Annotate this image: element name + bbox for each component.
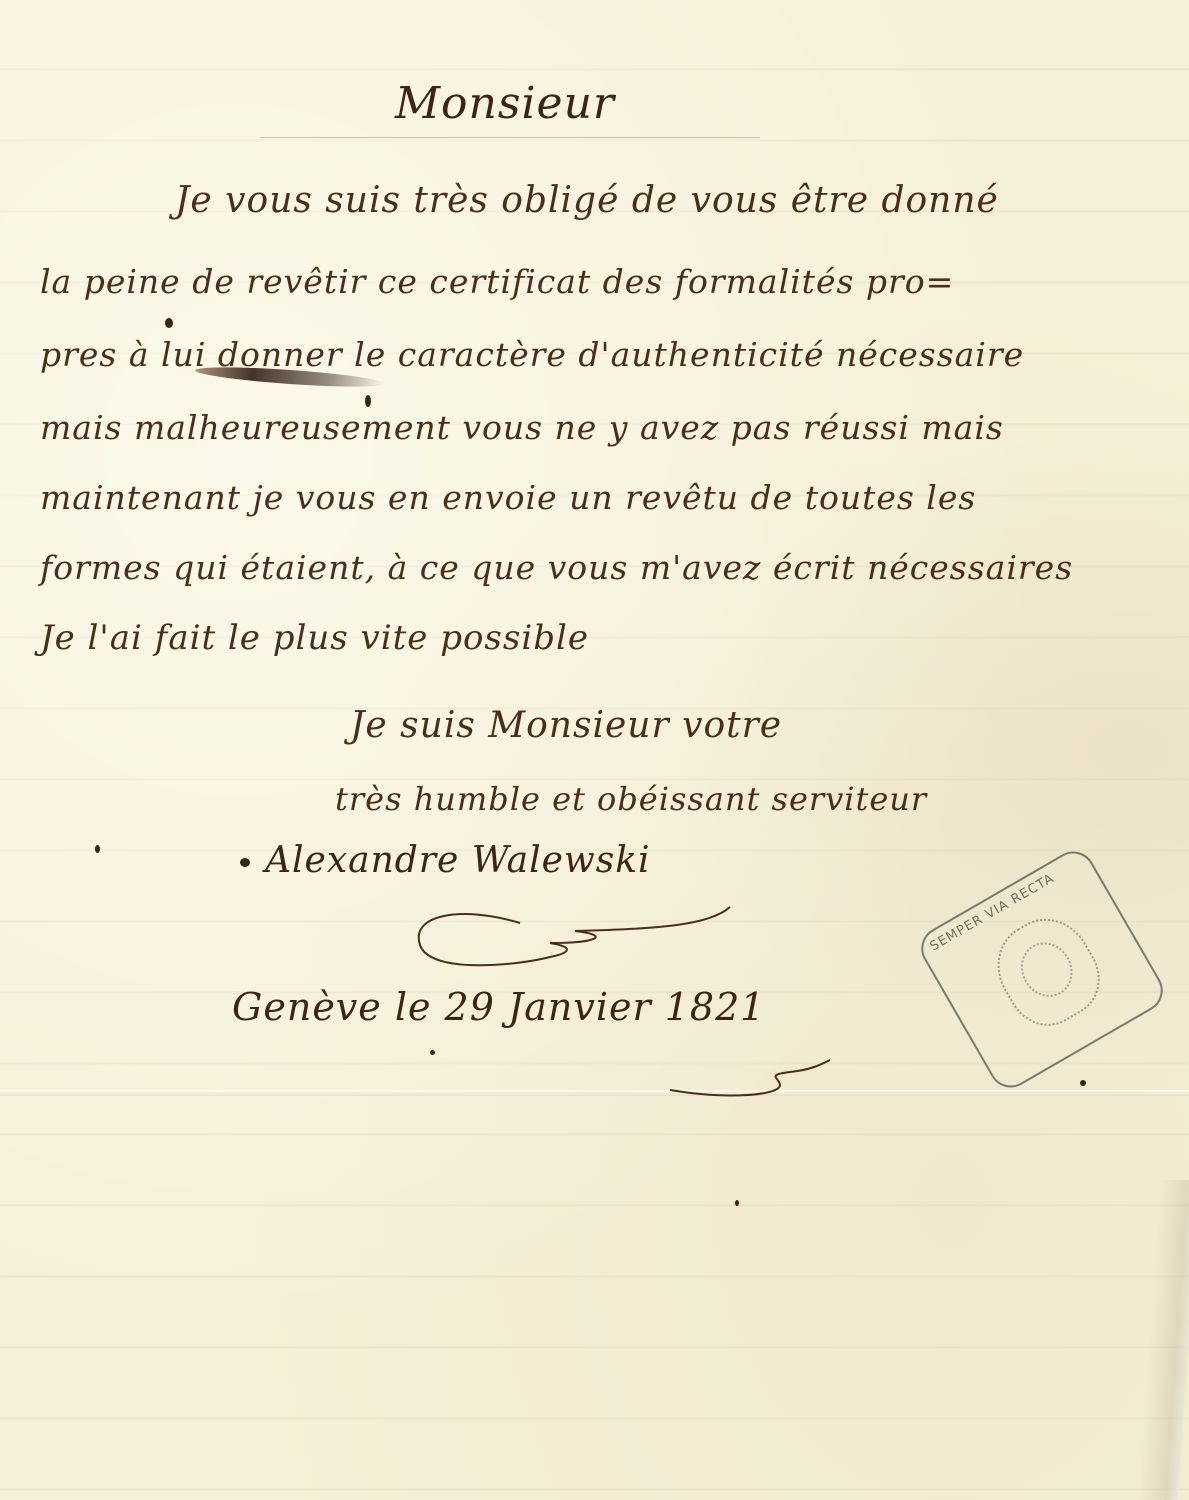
body-line-2: la peine de revêtir ce certificat des fo… <box>40 262 954 301</box>
ink-blot <box>430 1050 435 1055</box>
body-line-5: maintenant je vous en envoie un revêtu d… <box>40 478 976 517</box>
paper-fold <box>0 1090 1189 1096</box>
ink-blot <box>365 395 371 407</box>
letter-page: Monsieur Je vous suis très obligé de vou… <box>0 0 1189 1500</box>
ink-blot <box>735 1200 739 1206</box>
body-line-3: pres à lui donner le caractère d'authent… <box>40 335 1024 374</box>
ink-blot <box>165 318 173 328</box>
body-line-7: Je l'ai fait le plus vite possible <box>40 618 589 658</box>
heraldic-emblem-icon <box>981 903 1114 1040</box>
ink-blot <box>95 845 100 853</box>
ink-blot <box>1080 1080 1086 1086</box>
paper-curl <box>1138 1180 1189 1500</box>
signature-flourish <box>400 895 840 975</box>
salutation: Monsieur <box>395 78 615 129</box>
ink-blot <box>240 858 250 867</box>
signature: Alexandre Walewski <box>265 840 651 881</box>
closing-line-1: Je suis Monsieur votre <box>350 705 782 746</box>
closing-line-2: très humble et obéissant serviteur <box>335 780 927 818</box>
dateline: Genève le 29 Janvier 1821 <box>232 985 765 1029</box>
date-flourish <box>670 1050 830 1110</box>
seal-stamp: SEMPER VIA RECTA <box>913 843 1171 1095</box>
heading-rule <box>260 137 760 138</box>
body-line-4: mais malheureusement vous ne y avez pas … <box>40 408 1004 447</box>
body-line-1: Je vous suis très obligé de vous être do… <box>175 180 999 221</box>
body-line-6: formes qui étaient, à ce que vous m'avez… <box>40 548 1073 587</box>
